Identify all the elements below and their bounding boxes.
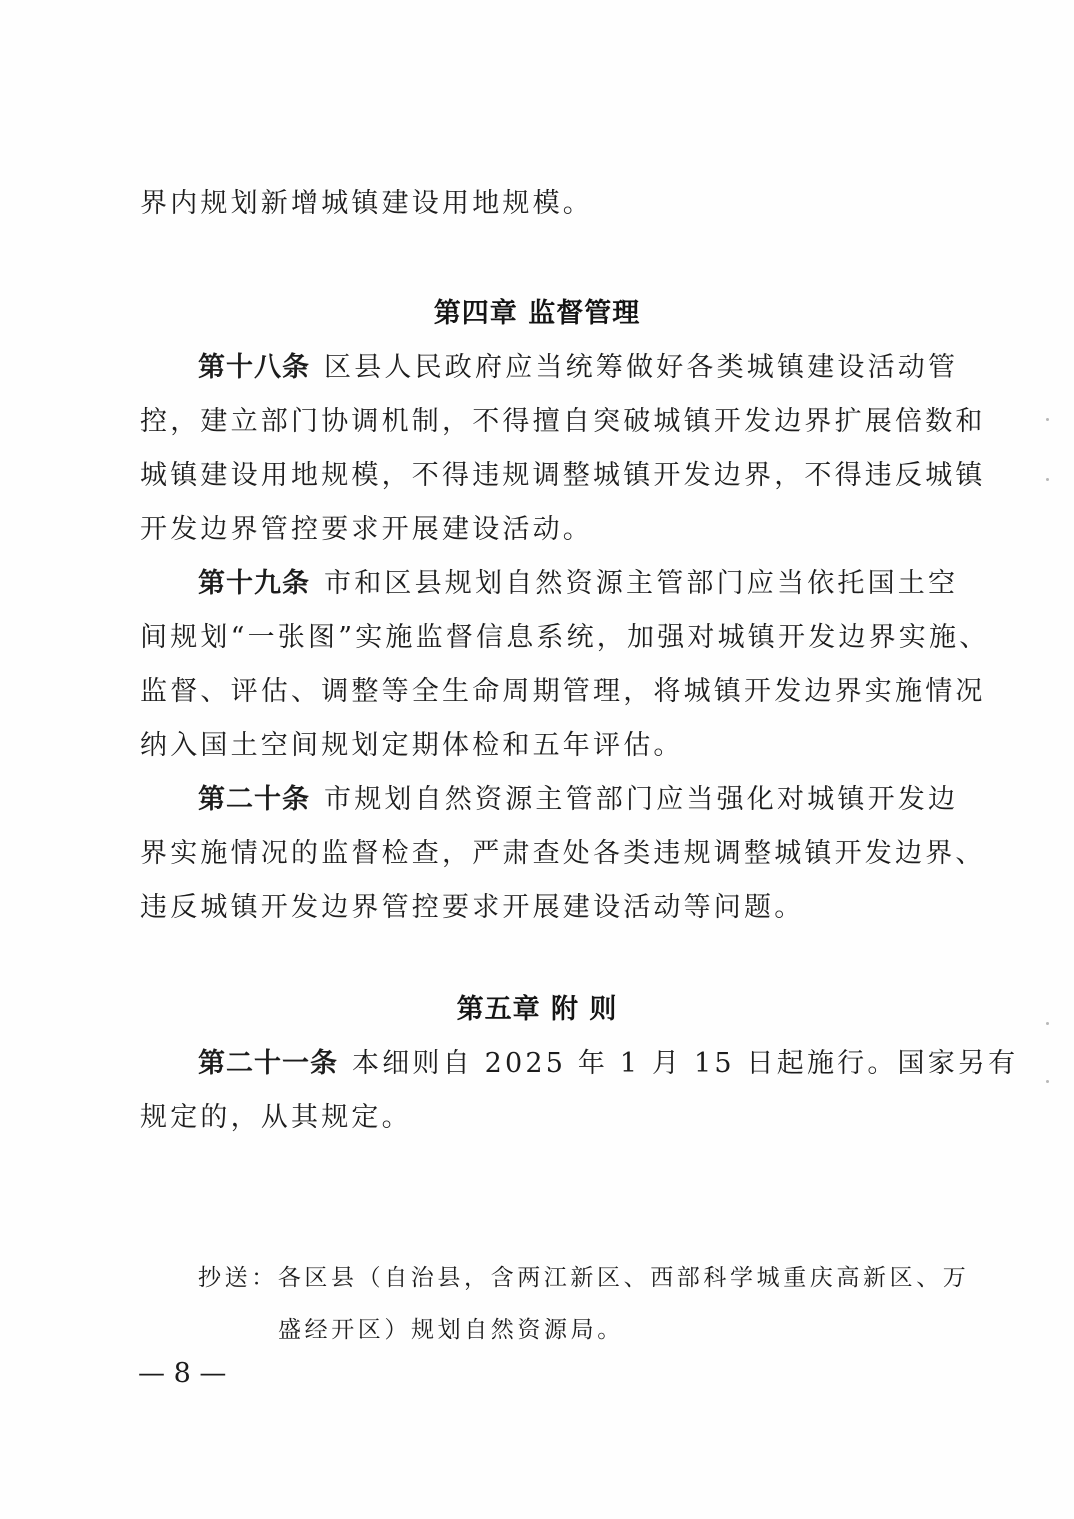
article-20-line: 违反城镇开发边界管控要求开展建设活动等问题。 [140, 890, 940, 926]
article-19-line: 监督、评估、调整等全生命周期管理，将城镇开发边界实施情况 [140, 674, 940, 710]
article-18-line: 开发边界管控要求开展建设活动。 [140, 512, 940, 548]
scan-artifact [1046, 1022, 1049, 1025]
article-21-line: 规定的，从其规定。 [140, 1100, 940, 1136]
article-18-label: 第十八条 [198, 352, 310, 383]
cc-recipients: 各区县（自治县，含两江新区、西部科学城重庆高新区、万 [278, 1265, 970, 1291]
cc-first-line: 抄送：各区县（自治县，含两江新区、西部科学城重庆高新区、万 [198, 1262, 969, 1294]
scan-artifact [1046, 418, 1049, 421]
article-19-text: 市和区县规划自然资源主管部门应当依托国土空 [324, 568, 958, 599]
scan-artifact [1046, 1080, 1049, 1083]
page-number: — 8 — [138, 1356, 226, 1392]
article-21-first-line: 第二十一条本细则自 2025 年 1 月 15 日起施行。国家另有 [198, 1046, 998, 1082]
article-19-line: 纳入国土空间规划定期体检和五年评估。 [140, 728, 940, 764]
article-21-label: 第二十一条 [198, 1048, 338, 1079]
article-18-line: 城镇建设用地规模，不得违规调整城镇开发边界，不得违反城镇 [140, 458, 940, 494]
article-20-text: 市规划自然资源主管部门应当强化对城镇开发边 [324, 784, 958, 815]
article-20-first-line: 第二十条市规划自然资源主管部门应当强化对城镇开发边 [198, 782, 998, 818]
cc-label: 抄送： [198, 1265, 278, 1291]
article-19-first-line: 第十九条市和区县规划自然资源主管部门应当依托国土空 [198, 566, 998, 602]
article-18-line: 控，建立部门协调机制，不得擅自突破城镇开发边界扩展倍数和 [140, 404, 940, 440]
article-18-first-line: 第十八条区县人民政府应当统筹做好各类城镇建设活动管 [198, 350, 998, 386]
article-21-text: 本细则自 2025 年 1 月 15 日起施行。国家另有 [352, 1048, 1018, 1079]
chapter-4-title: 第四章 监督管理 [0, 296, 1074, 332]
article-20-label: 第二十条 [198, 784, 310, 815]
chapter-5-title: 第五章 附 则 [0, 992, 1074, 1028]
cc-second-line: 盛经开区）规划自然资源局。 [278, 1314, 624, 1346]
article-20-line: 界实施情况的监督检查，严肃查处各类违规调整城镇开发边界、 [140, 836, 940, 872]
scan-artifact [1046, 478, 1049, 481]
intro-line: 界内规划新增城镇建设用地规模。 [140, 186, 940, 222]
article-19-label: 第十九条 [198, 568, 310, 599]
article-18-text: 区县人民政府应当统筹做好各类城镇建设活动管 [324, 352, 958, 383]
article-19-line: 间规划“一张图”实施监督信息系统，加强对城镇开发边界实施、 [140, 620, 940, 656]
document-page: 界内规划新增城镇建设用地规模。 第四章 监督管理 第十八条区县人民政府应当统筹做… [0, 0, 1074, 1519]
